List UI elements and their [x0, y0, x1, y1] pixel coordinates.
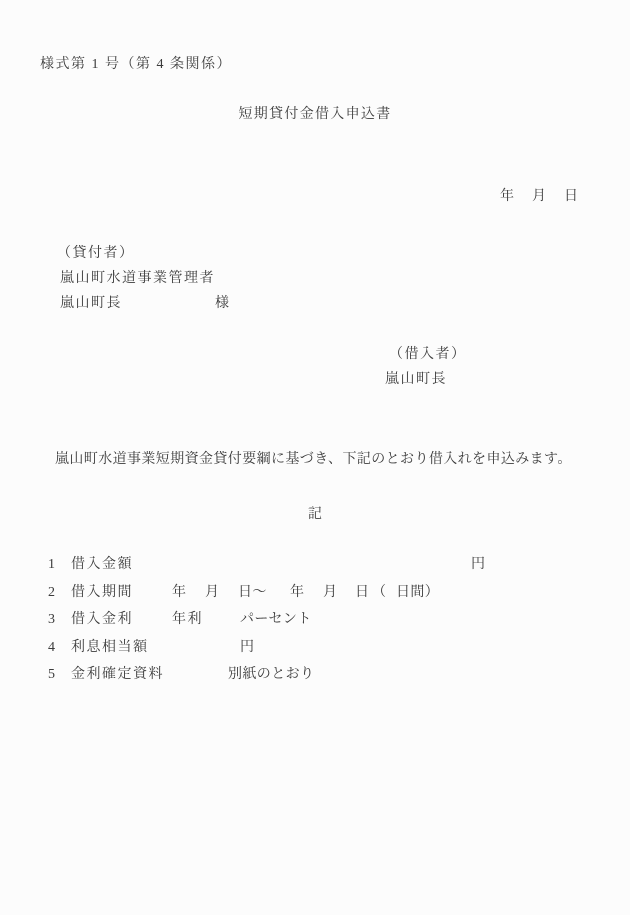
date-line: 年 月 日: [500, 189, 580, 205]
document-page: 様式第 1 号（第 4 条関係） 短期貸付金借入申込書 年 月 日 （貸付者） …: [0, 0, 630, 915]
form-number: 様式第 1 号（第 4 条関係）: [40, 57, 232, 73]
item-field: （: [372, 585, 386, 601]
item-label: 利息相当額: [71, 640, 149, 656]
lender-heading: （貸付者）: [57, 246, 135, 262]
item-number: 1: [48, 557, 55, 573]
item-field: 年: [172, 585, 186, 601]
borrower-heading: （借入者）: [389, 347, 467, 363]
item-label: 借入金利: [71, 612, 133, 628]
item-field: 日間）: [396, 585, 439, 601]
item-field: 年利: [172, 612, 203, 628]
lender-honorific: 様: [215, 296, 229, 312]
item-number: 3: [48, 612, 55, 628]
item-label: 金利確定資料: [71, 667, 164, 683]
lender-name: 嵐山町長: [60, 296, 122, 312]
application-statement: 嵐山町水道事業短期資金貸付要綱に基づき、下記のとおり借入れを申込みます。: [55, 452, 572, 468]
item-field: 月: [205, 585, 219, 601]
item-field: 日: [355, 585, 369, 601]
item-field: 日～: [238, 585, 267, 601]
item-number: 2: [48, 585, 55, 601]
item-field: 別紙のとおり: [228, 667, 314, 683]
document-title: 短期貸付金借入申込書: [0, 107, 630, 123]
item-field: 年: [290, 585, 304, 601]
item-field: 月: [323, 585, 337, 601]
item-number: 4: [48, 640, 55, 656]
item-label: 借入期間: [71, 585, 133, 601]
item-number: 5: [48, 667, 55, 683]
borrower-name: 嵐山町長: [385, 372, 447, 388]
item-field: パーセント: [240, 612, 312, 628]
item-field: 円: [240, 640, 254, 656]
item-label: 借入金額: [71, 557, 133, 573]
item-field: 円: [471, 557, 485, 573]
record-marker: 記: [0, 507, 630, 523]
lender-organization: 嵐山町水道事業管理者: [60, 271, 215, 287]
